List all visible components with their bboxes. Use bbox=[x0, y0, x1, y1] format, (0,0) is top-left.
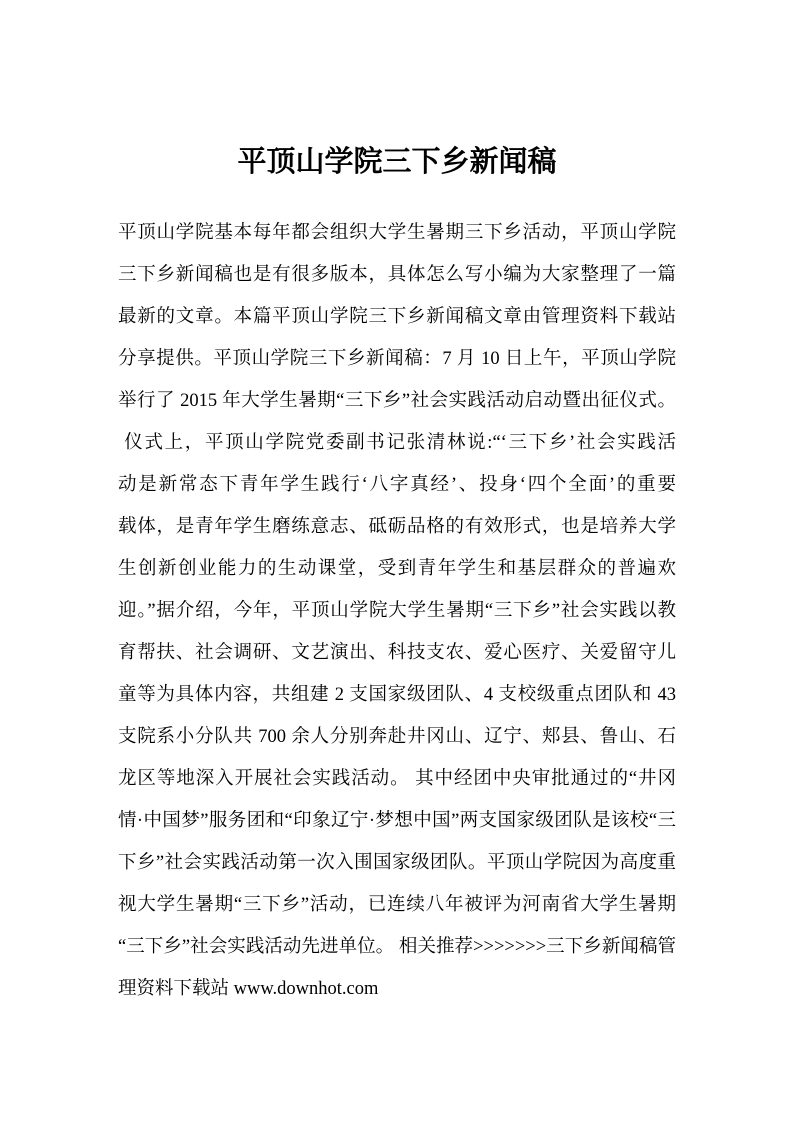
body-line-6: 仪式上，平顶山学院党委副书记张清林说:“‘三下乡’社会实践活 bbox=[118, 422, 676, 464]
body-line-3: 最新的文章。本篇平顶山学院三下乡新闻稿文章由管理资料下载站 bbox=[118, 296, 676, 338]
body-line-19: 理资料下载站 www.downhot.com bbox=[118, 968, 676, 1010]
body-line-7: 动是新常态下青年学生践行‘八字真经’、投身‘四个全面’的重要 bbox=[118, 464, 676, 506]
body-line-9: 生创新创业能力的生动课堂，受到青年学生和基层群众的普遍欢 bbox=[118, 548, 676, 590]
body-line-18: “三下乡”社会实践活动先进单位。 相关推荐>>>>>>>三下乡新闻稿管 bbox=[118, 926, 676, 968]
body-line-16: 下乡”社会实践活动第一次入围国家级团队。平顶山学院因为高度重 bbox=[118, 842, 676, 884]
document-body: 平顶山学院基本每年都会组织大学生暑期三下乡活动，平顶山学院 三下乡新闻稿也是有很… bbox=[118, 212, 676, 1010]
body-line-1: 平顶山学院基本每年都会组织大学生暑期三下乡活动，平顶山学院 bbox=[118, 212, 676, 254]
document-page: 平顶山学院三下乡新闻稿 平顶山学院基本每年都会组织大学生暑期三下乡活动，平顶山学… bbox=[0, 0, 794, 1123]
body-line-5: 举行了 2015 年大学生暑期“三下乡”社会实践活动启动暨出征仪式。 bbox=[118, 380, 676, 422]
body-line-10: 迎。”据介绍，今年，平顶山学院大学生暑期“三下乡”社会实践以教 bbox=[118, 590, 676, 632]
body-line-15: 情·中国梦”服务团和“印象辽宁·梦想中国”两支国家级团队是该校“三 bbox=[118, 800, 676, 842]
body-line-17: 视大学生暑期“三下乡”活动，已连续八年被评为河南省大学生暑期 bbox=[118, 884, 676, 926]
document-title: 平顶山学院三下乡新闻稿 bbox=[118, 142, 676, 182]
body-line-2: 三下乡新闻稿也是有很多版本，具体怎么写小编为大家整理了一篇 bbox=[118, 254, 676, 296]
body-line-8: 载体，是青年学生磨练意志、砥砺品格的有效形式，也是培养大学 bbox=[118, 506, 676, 548]
body-line-13: 支院系小分队共 700 余人分别奔赴井冈山、辽宁、郏县、鲁山、石 bbox=[118, 716, 676, 758]
body-line-12: 童等为具体内容，共组建 2 支国家级团队、4 支校级重点团队和 43 bbox=[118, 674, 676, 716]
body-line-14: 龙区等地深入开展社会实践活动。 其中经团中央审批通过的“井冈 bbox=[118, 758, 676, 800]
body-line-11: 育帮扶、社会调研、文艺演出、科技支农、爱心医疗、关爱留守儿 bbox=[118, 632, 676, 674]
body-line-4: 分享提供。平顶山学院三下乡新闻稿：7 月 10 日上午，平顶山学院 bbox=[118, 338, 676, 380]
